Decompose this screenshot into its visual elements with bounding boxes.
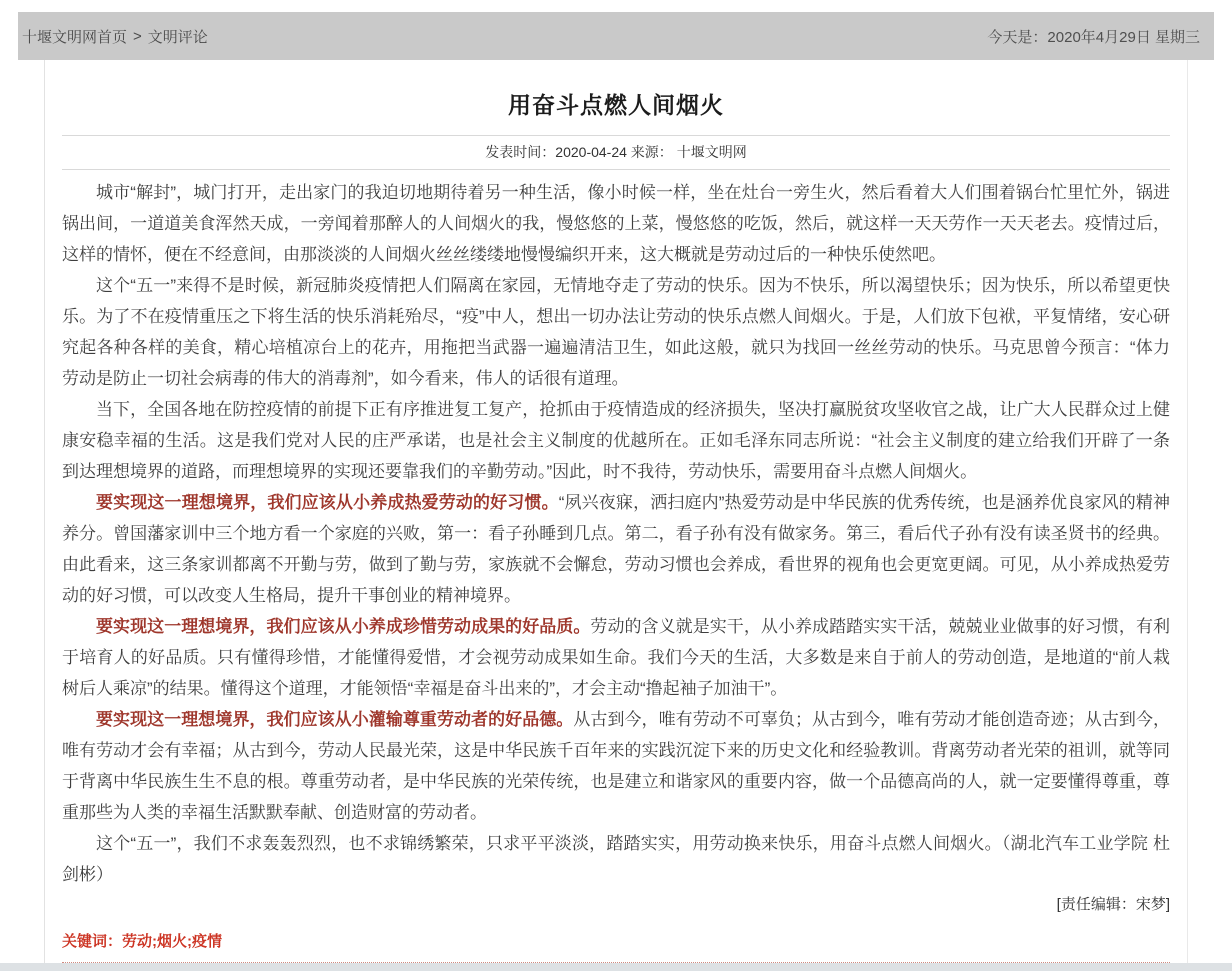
paragraph-lead: 要实现这一理想境界，我们应该从小养成热爱劳动的好习惯。 (96, 493, 559, 512)
paragraph-text: 这个“五一”来得不是时候，新冠肺炎疫情把人们隔离在家园，无情地夺走了劳动的快乐。… (62, 276, 1170, 388)
keywords-label: 关键词：劳动;烟火;疫情 (62, 930, 1170, 963)
article-body: 城市“解封”，城门打开，走出家门的我迫切地期待着另一种生活，像小时候一样，坐在灶… (62, 170, 1170, 890)
top-bar: 十堰文明网首页 > 文明评论 今天是：2020年4月29日 星期三 (18, 12, 1214, 60)
paragraph: 要实现这一理想境界，我们应该从小灌输尊重劳动者的好品德。从古到今，唯有劳动不可辜… (62, 704, 1170, 828)
paragraph: 当下，全国各地在防控疫情的前提下正有序推进复工复产，抢抓由于疫情造成的经济损失，… (62, 394, 1170, 487)
paragraph-text: 当下，全国各地在防控疫情的前提下正有序推进复工复产，抢抓由于疫情造成的经济损失，… (62, 400, 1170, 481)
breadcrumb-section-link[interactable]: 文明评论 (148, 26, 208, 47)
paragraph-lead: 要实现这一理想境界，我们应该从小灌输尊重劳动者的好品德。 (96, 710, 573, 729)
breadcrumb: 十堰文明网首页 > 文明评论 (22, 26, 208, 47)
article-panel: 用奋斗点燃人间烟火 发表时间：2020-04-24 来源： 十堰文明网 城市“解… (44, 60, 1188, 963)
article-meta: 发表时间：2020-04-24 来源： 十堰文明网 (62, 136, 1170, 169)
today-date-label: 今天是：2020年4月29日 星期三 (987, 26, 1200, 47)
bottom-strip (0, 963, 1232, 971)
paragraph-lead: 要实现这一理想境界，我们应该从小养成珍惜劳动成果的好品质。 (96, 617, 590, 636)
breadcrumb-home-link[interactable]: 十堰文明网首页 (22, 26, 127, 47)
paragraph: 这个“五一”，我们不求轰轰烈烈，也不求锦绣繁荣，只求平平淡淡，踏踏实实，用劳动换… (62, 828, 1170, 890)
paragraph-text: 城市“解封”，城门打开，走出家门的我迫切地期待着另一种生活，像小时候一样，坐在灶… (62, 183, 1170, 264)
paragraph-text: 这个“五一”，我们不求轰轰烈烈，也不求锦绣繁荣，只求平平淡淡，踏踏实实，用劳动换… (62, 834, 1170, 884)
paragraph: 要实现这一理想境界，我们应该从小养成珍惜劳动成果的好品质。劳动的含义就是实干，从… (62, 611, 1170, 704)
breadcrumb-separator: > (133, 28, 142, 45)
page-container: 十堰文明网首页 > 文明评论 今天是：2020年4月29日 星期三 用奋斗点燃人… (18, 12, 1214, 963)
editor-note: [责任编辑：宋梦] (62, 892, 1170, 918)
paragraph: 这个“五一”来得不是时候，新冠肺炎疫情把人们隔离在家园，无情地夺走了劳动的快乐。… (62, 270, 1170, 394)
article-title: 用奋斗点燃人间烟火 (62, 60, 1170, 120)
paragraph: 要实现这一理想境界，我们应该从小养成热爱劳动的好习惯。“夙兴夜寐，洒扫庭内”热爱… (62, 487, 1170, 611)
paragraph: 城市“解封”，城门打开，走出家门的我迫切地期待着另一种生活，像小时候一样，坐在灶… (62, 177, 1170, 270)
